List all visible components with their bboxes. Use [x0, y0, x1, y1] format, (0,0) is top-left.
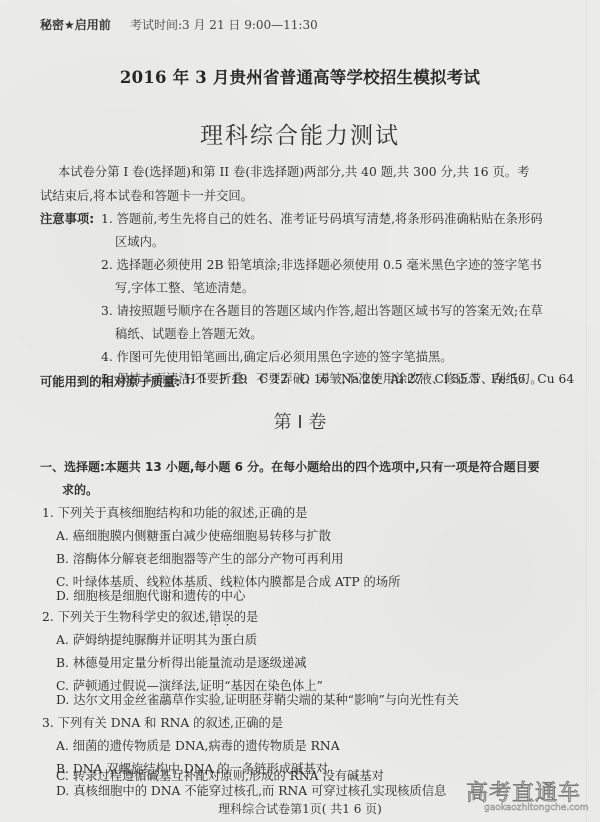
note-3-line-2: 稿纸、试题卷上答题无效。 [115, 324, 263, 342]
subject-title: 理科综合能力测试 [0, 117, 600, 150]
note-1-line-2: 区域内。 [115, 232, 164, 250]
q3-option-d: D. 真核细胞中的 DNA 不能穿过核孔,而 RNA 可穿过核孔实现核质信息 [56, 781, 446, 799]
q2-option-a: A. 萨姆纳提纯脲酶并证明其为蛋白质 [56, 630, 257, 648]
q2-stem-emphasis-1: 错 [209, 610, 221, 624]
part1-line-1: 一、选择题:本题共 13 小题,每小题 6 分。在每小题给出的四个选项中,只有一… [40, 458, 540, 475]
intro-line-2: 试结束后,将本试卷和答题卡一并交回。 [40, 186, 253, 204]
note-2-line-2: 写,字体工整、笔迹清楚。 [115, 278, 254, 296]
q1-option-b: B. 溶酶体分解衰老细胞器等产生的部分产物可再利用 [56, 549, 343, 567]
exam-page: 秘密★启用前 考试时间:3 月 21 日 9:00—11:30 2016 年 3… [0, 0, 600, 822]
exam-time: 考试时间:3 月 21 日 9:00—11:30 [130, 16, 318, 33]
q2-stem-pre: 2. 下列关于生物科学史的叙述, [42, 610, 209, 624]
q2-stem-post: 的是 [234, 610, 259, 624]
q1-stem: 1. 下列关于真核细胞结构和功能的叙述,正确的是 [42, 503, 308, 521]
note-3-line-1: 3. 请按照题号顺序在各题目的答题区域内作答,超出答题区域书写的答案无效;在草 [101, 301, 543, 319]
q2-option-b: B. 林德曼用定量分析得出能量流动是逐级递减 [56, 653, 307, 671]
q2-stem-emphasis-2: 误 [221, 610, 233, 624]
secret-label: 秘密★启用前 [40, 16, 111, 33]
q3-option-a: A. 细菌的遗传物质是 DNA,病毒的遗传物质是 RNA [56, 736, 340, 754]
q2-option-d: D. 达尔文用金丝雀虉草作实验,证明胚芽鞘尖端的某种“影响”与向光性有关 [56, 690, 459, 708]
notes-label: 注意事项: [40, 209, 94, 227]
exam-title: 2016 年 3 月贵州省普通高等学校招生模拟考试 [0, 64, 600, 88]
atomic-mass-values: H 1 F 19 C 12 O 16 Na 23 Al 27 Cl 35.5 F… [185, 372, 574, 386]
part1-line-2: 求的。 [62, 481, 98, 498]
intro-line-1: 本试卷分第 I 卷(选择题)和第 II 卷(非选择题)两部分,共 40 题,共 … [58, 162, 529, 180]
q1-option-d: D. 细胞核是细胞代谢和遗传的中心 [56, 586, 245, 604]
note-1-line-1: 1. 答题前,考生先将自己的姓名、准考证号码填写清楚,将条形码准确粘贴在条形码 [101, 209, 543, 227]
section-title: 第 I 卷 [0, 408, 600, 434]
q2-stem: 2. 下列关于生物科学史的叙述,错误的是 [42, 607, 258, 625]
note-4: 4. 作图可先使用铅笔画出,确定后必须用黑色字迹的签字笔描黑。 [101, 347, 453, 365]
watermark-url: gaokaozhitongche.com [484, 803, 588, 813]
note-2-line-1: 2. 选择题必须使用 2B 铅笔填涂;非选择题必须使用 0.5 毫米黑色字迹的签… [101, 255, 542, 273]
q1-option-a: A. 癌细胞膜内侧糖蛋白减少使癌细胞易转移与扩散 [56, 526, 331, 544]
q3-stem: 3. 下列有关 DNA 和 RNA 的叙述,正确的是 [42, 713, 283, 731]
atomic-mass-label: 可能用到的相对原子质量: [40, 372, 180, 390]
